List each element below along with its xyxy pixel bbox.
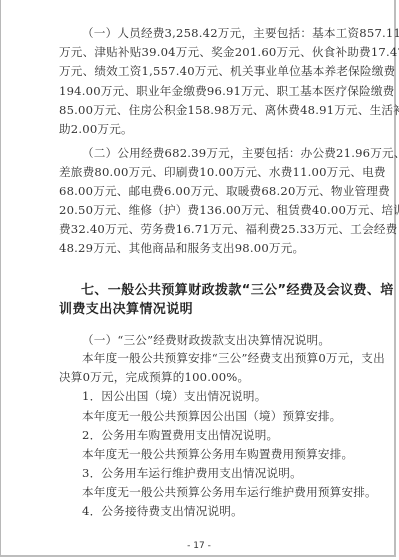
item-2-title: 2．公务用车购置费用支出情况说明。 xyxy=(82,428,278,442)
subsection-title: （一）“三公”经费财政拨款支出决算情况说明。 xyxy=(82,333,330,347)
item-4-title: 4．公务接待费支出情况说明。 xyxy=(82,504,243,518)
item-1-title: 1．因公出国（境）支出情况说明。 xyxy=(82,389,266,403)
personnel-line-1: （一）人员经费3,258.42万元，主要包括：基本工资857.11 xyxy=(82,26,399,40)
summary-line-2: 决算0万元，完成预算的100.00%。 xyxy=(59,370,249,384)
public-line-6: 48.29万元、其他商品和服务支出98.00万元。 xyxy=(59,241,304,255)
section-heading-line-2: 训费支出决算情况说明 xyxy=(59,303,193,317)
document-page: （一）人员经费3,258.42万元，主要包括：基本工资857.11 万元、津贴补… xyxy=(0,0,396,557)
item-3-title: 3．公务用车运行维护费用支出情况说明。 xyxy=(82,466,302,480)
page-number: - 17 - xyxy=(1,541,397,551)
personnel-line-3: 万元、绩效工资1,557.40万元、机关事业单位基本养老保险缴费 xyxy=(59,64,395,78)
public-line-5: 费32.40万元、劳务费16.71万元、福利费25.33万元、工会经费 xyxy=(59,222,397,236)
public-line-3: 68.00万元、邮电费6.00万元、取暖费68.20万元、物业管理费 xyxy=(59,184,390,198)
item-3-text: 本年度无一般公共预算公务用车运行维护费用预算安排。 xyxy=(82,485,377,499)
public-line-4: 20.50万元、维修（护）费136.00万元、租赁费40.00万元、培训 xyxy=(59,203,399,217)
public-line-1: （二）公用经费682.39万元，主要包括：办公费21.96万元、 xyxy=(82,146,399,160)
personnel-line-5: 85.00万元、住房公积金158.98万元、离休费48.91万元、生活补 xyxy=(59,103,399,117)
personnel-line-6: 助2.00万元。 xyxy=(59,122,133,136)
personnel-line-2: 万元、津贴补贴39.04万元、奖金201.60万元、伙食补助费17.47 xyxy=(59,45,399,59)
public-line-2: 差旅费80.00万元、印刷费10.00万元、水费11.00万元、电费 xyxy=(59,165,386,179)
item-1-text: 本年度无一般公共预算因公出国（境）预算安排。 xyxy=(82,409,341,423)
section-heading-line-1: 七、一般公共预算财政拨款“三公”经费及会议费、培 xyxy=(81,284,394,298)
item-2-text: 本年度无一般公共预算公务用车购置费用预算安排。 xyxy=(82,447,353,461)
personnel-line-4: 194.00万元、职业年金缴费96.91万元、职工基本医疗保险缴费 xyxy=(59,84,394,98)
summary-line-1: 本年度一般公共预算安排“三公”经费支出预算0万元，支出 xyxy=(82,351,385,365)
